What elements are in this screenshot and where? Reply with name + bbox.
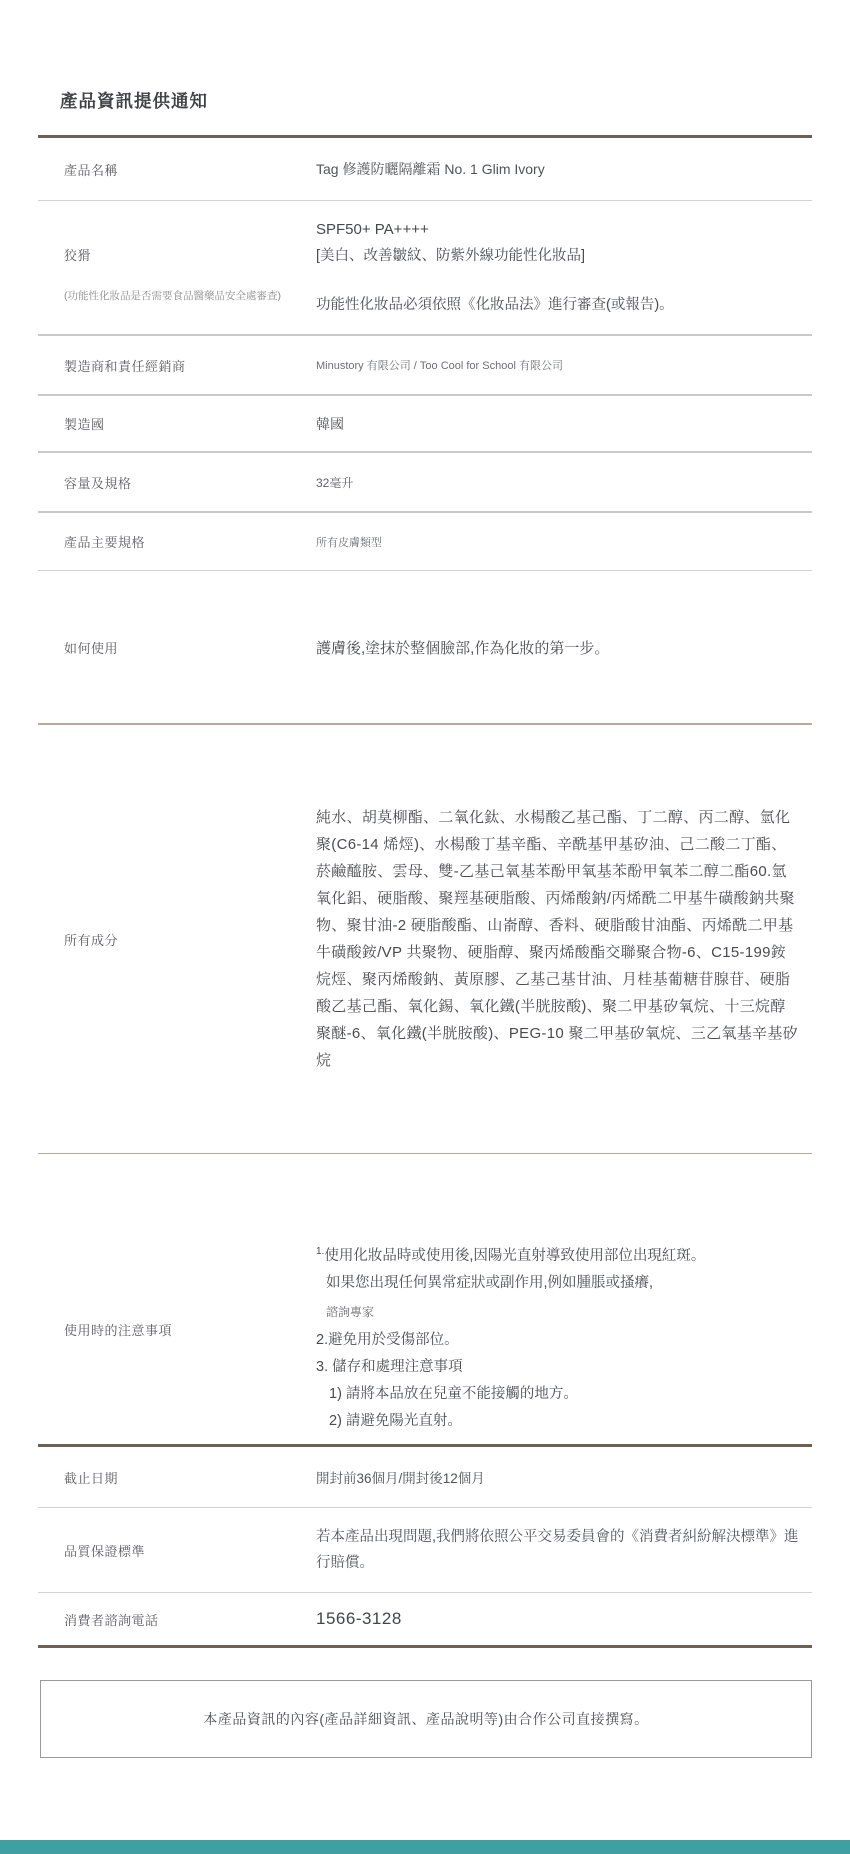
precaution-item-1-cont: 如果您出現任何異常症狀或副作用,例如腫脹或搔癢,	[316, 1270, 802, 1297]
bottom-teal-bar	[0, 1840, 850, 1854]
row-label: 截止日期	[38, 1468, 316, 1487]
precaution-item-1: 1.使用化妝品時或使用後,因陽光直射導致使用部位出現紅斑。	[316, 1238, 802, 1270]
row-manufacturer: 製造商和責任經銷商 Minustory 有限公司 / Too Cool for …	[38, 336, 812, 394]
row-label: 消費者諮詢電話	[38, 1610, 316, 1629]
row-value: 護膚後,塗抹於整個臉部,作為化妝的第一步。	[316, 637, 812, 658]
row-label-note: (功能性化妝品是否需要食品醫藥品安全處審查)	[64, 288, 316, 303]
row-value: 32毫升	[316, 474, 812, 491]
precaution-list: 1.使用化妝品時或使用後,因陽光直射導致使用部位出現紅斑。 如果您出現任何異常症…	[316, 1154, 812, 1435]
row-label: 品質保證標準	[38, 1541, 316, 1560]
row-value: 若本產品出現問題,我們將依照公平交易委員會的《消費者糾紛解決標準》進行賠償。	[316, 1524, 812, 1576]
row-label: 所有成分	[38, 930, 316, 949]
ingredients-list: 純水、胡莫柳酯、二氧化鈦、水楊酸乙基己酯、丁二醇、丙二醇、氫化聚(C6-14 烯…	[316, 804, 812, 1074]
precaution-item-3-sub-1: 1) 請將本品放在兒童不能接觸的地方。	[316, 1381, 802, 1408]
row-label: 製造商和責任經銷商	[38, 356, 316, 375]
row-volume: 容量及規格 32毫升	[38, 453, 812, 511]
consumer-phone-number: 1566-3128	[316, 1609, 812, 1629]
row-label: 產品主要規格	[38, 532, 316, 551]
spf-rating: SPF50+ PA++++	[316, 217, 800, 243]
section-divider	[38, 1645, 812, 1648]
row-value: SPF50+ PA++++ [美白、改善皺紋、防紫外線功能性化妝品] 功能性化妝…	[316, 201, 812, 317]
row-label: 容量及規格	[38, 473, 316, 492]
row-label: 產品名稱	[38, 160, 316, 179]
row-value: 所有皮膚類型	[316, 534, 812, 550]
row-value: Minustory 有限公司 / Too Cool for School 有限公…	[316, 357, 812, 373]
row-country: 製造國 韓國	[38, 396, 812, 451]
functional-claims: [美白、改善皺紋、防紫外線功能性化妝品]	[316, 243, 800, 269]
row-label: 如何使用	[38, 638, 316, 657]
row-label: 製造國	[38, 414, 316, 433]
product-info-page: 產品資訊提供通知 產品名稱 Tag 修護防曬隔離霜 No. 1 Glim Ivo…	[0, 0, 850, 1854]
row-how-to-use: 如何使用 護膚後,塗抹於整個臉部,作為化妝的第一步。	[38, 571, 812, 723]
regulation-note: 功能性化妝品必須依照《化妝品法》進行審查(或報告)。	[316, 293, 800, 317]
row-efficacy: 狡猾 (功能性化妝品是否需要食品醫藥品安全處審查) SPF50+ PA++++ …	[38, 201, 812, 334]
row-label: 使用時的注意事項	[38, 1154, 316, 1339]
row-label: 狡猾	[64, 245, 316, 264]
row-label-block: 狡猾 (功能性化妝品是否需要食品醫藥品安全處審查)	[38, 201, 316, 303]
page-title: 產品資訊提供通知	[38, 0, 812, 135]
row-phone: 消費者諮詢電話 1566-3128	[38, 1593, 812, 1645]
row-value: Tag 修護防曬隔離霜 No. 1 Glim Ivory	[316, 159, 812, 179]
row-quality: 品質保證標準 若本產品出現問題,我們將依照公平交易委員會的《消費者糾紛解決標準》…	[38, 1508, 812, 1592]
row-ingredients: 所有成分 純水、胡莫柳酯、二氧化鈦、水楊酸乙基己酯、丁二醇、丙二醇、氫化聚(C6…	[38, 725, 812, 1153]
row-expiry: 截止日期 開封前36個月/開封後12個月	[38, 1447, 812, 1507]
row-value: 韓國	[316, 414, 812, 434]
row-value: 開封前36個月/開封後12個月	[316, 1467, 812, 1487]
precaution-item-3-sub-2: 2) 請避免陽光直射。	[316, 1408, 802, 1435]
precaution-text: 使用化妝品時或使用後,因陽光直射導致使用部位出現紅斑。	[324, 1248, 705, 1264]
precaution-item-3: 3. 儲存和處理注意事項	[316, 1354, 802, 1381]
row-product-name: 產品名稱 Tag 修護防曬隔離霜 No. 1 Glim Ivory	[38, 138, 812, 200]
precaution-item-1-consult: 諮詢專家	[316, 1297, 802, 1327]
precaution-item-2: 2.避免用於受傷部位。	[316, 1327, 802, 1354]
row-main-spec: 產品主要規格 所有皮膚類型	[38, 513, 812, 570]
row-precautions: 使用時的注意事項 1.使用化妝品時或使用後,因陽光直射導致使用部位出現紅斑。 如…	[38, 1154, 812, 1444]
partner-disclaimer-box: 本產品資訊的內容(產品詳細資訊、產品說明等)由合作公司直接撰寫。	[40, 1680, 812, 1758]
partner-disclaimer-text: 本產品資訊的內容(產品詳細資訊、產品說明等)由合作公司直接撰寫。	[203, 1709, 648, 1729]
product-info-table: 產品資訊提供通知 產品名稱 Tag 修護防曬隔離霜 No. 1 Glim Ivo…	[38, 0, 812, 1648]
